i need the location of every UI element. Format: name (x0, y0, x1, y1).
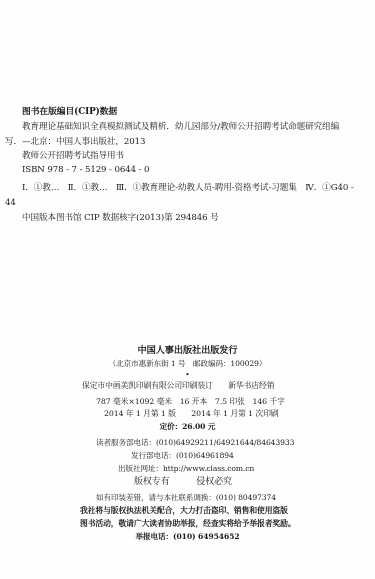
copyright-notice: 版权专有 侵权必究 (134, 477, 232, 488)
copyright-page: 图书在版编目(CIP)数据 教育理论基础知识全真模拟测试及精析．幼儿园部分/教师… (0, 0, 375, 579)
cip-heading: 图书在版编目(CIP)数据 (22, 107, 117, 118)
cip-classification: Ⅰ．①教… Ⅱ．①教… Ⅲ．①教育理论-幼教人员-聘用-资格考试-习题集 Ⅳ．①… (22, 183, 354, 194)
anti-piracy-line-2: 图书活动，敬请广大读者协助举报，经查实将给予举报者奖励。 (80, 518, 296, 529)
reader-service-phone: 读者服务部电话：(010)64929211/64921644/84643933 (96, 437, 294, 448)
cip-isbn: ISBN 978 - 7 - 5129 - 0644 - 0 (22, 165, 149, 176)
separator-dot: • (0, 369, 375, 380)
distribution-phone: 发行部电话：(010)64961894 (131, 450, 234, 461)
publisher-address: （北京市惠新东街 1 号 邮政编码：100029） (0, 358, 375, 369)
defect-contact: 如有印装差错，请与本社联系调换：(010) 80497374 (96, 492, 276, 503)
edition-info: 2014 年 1 月第 1 版 2014 年 1 月第 1 次印刷 (104, 408, 278, 419)
book-specs: 787 毫米×1092 毫米 16 开本 7.5 印张 146 千字 (96, 396, 285, 407)
cip-publisher-line: 写．—北京：中国人事出版社，2013 (5, 137, 145, 148)
report-phone: 举报电话：(010) 64954652 (0, 531, 375, 542)
cip-title-line: 教育理论基础知识全真模拟测试及精析．幼儿园部分/教师公开招聘考试命题研究组编 (22, 122, 339, 133)
cip-series-line: 教师公开招聘考试指导用书 (22, 151, 124, 162)
cip-classification-cont: 44 (5, 198, 16, 209)
anti-piracy-line-1: 我社将与版权执法机关配合，大力打击盗印、销售和使用盗版 (80, 505, 288, 516)
cip-number: 中国版本图书馆 CIP 数据核字(2013)第 294846 号 (22, 213, 219, 224)
publisher-website: 出版社网址：http://www.class.com.cn (118, 463, 254, 474)
publisher-name: 中国人事出版社出版发行 (0, 345, 375, 356)
price: 定价：26.00 元 (0, 421, 375, 432)
printer-info: 保定市中画美凯印刷有限公司印刷装订 新华书店经销 (82, 380, 274, 391)
